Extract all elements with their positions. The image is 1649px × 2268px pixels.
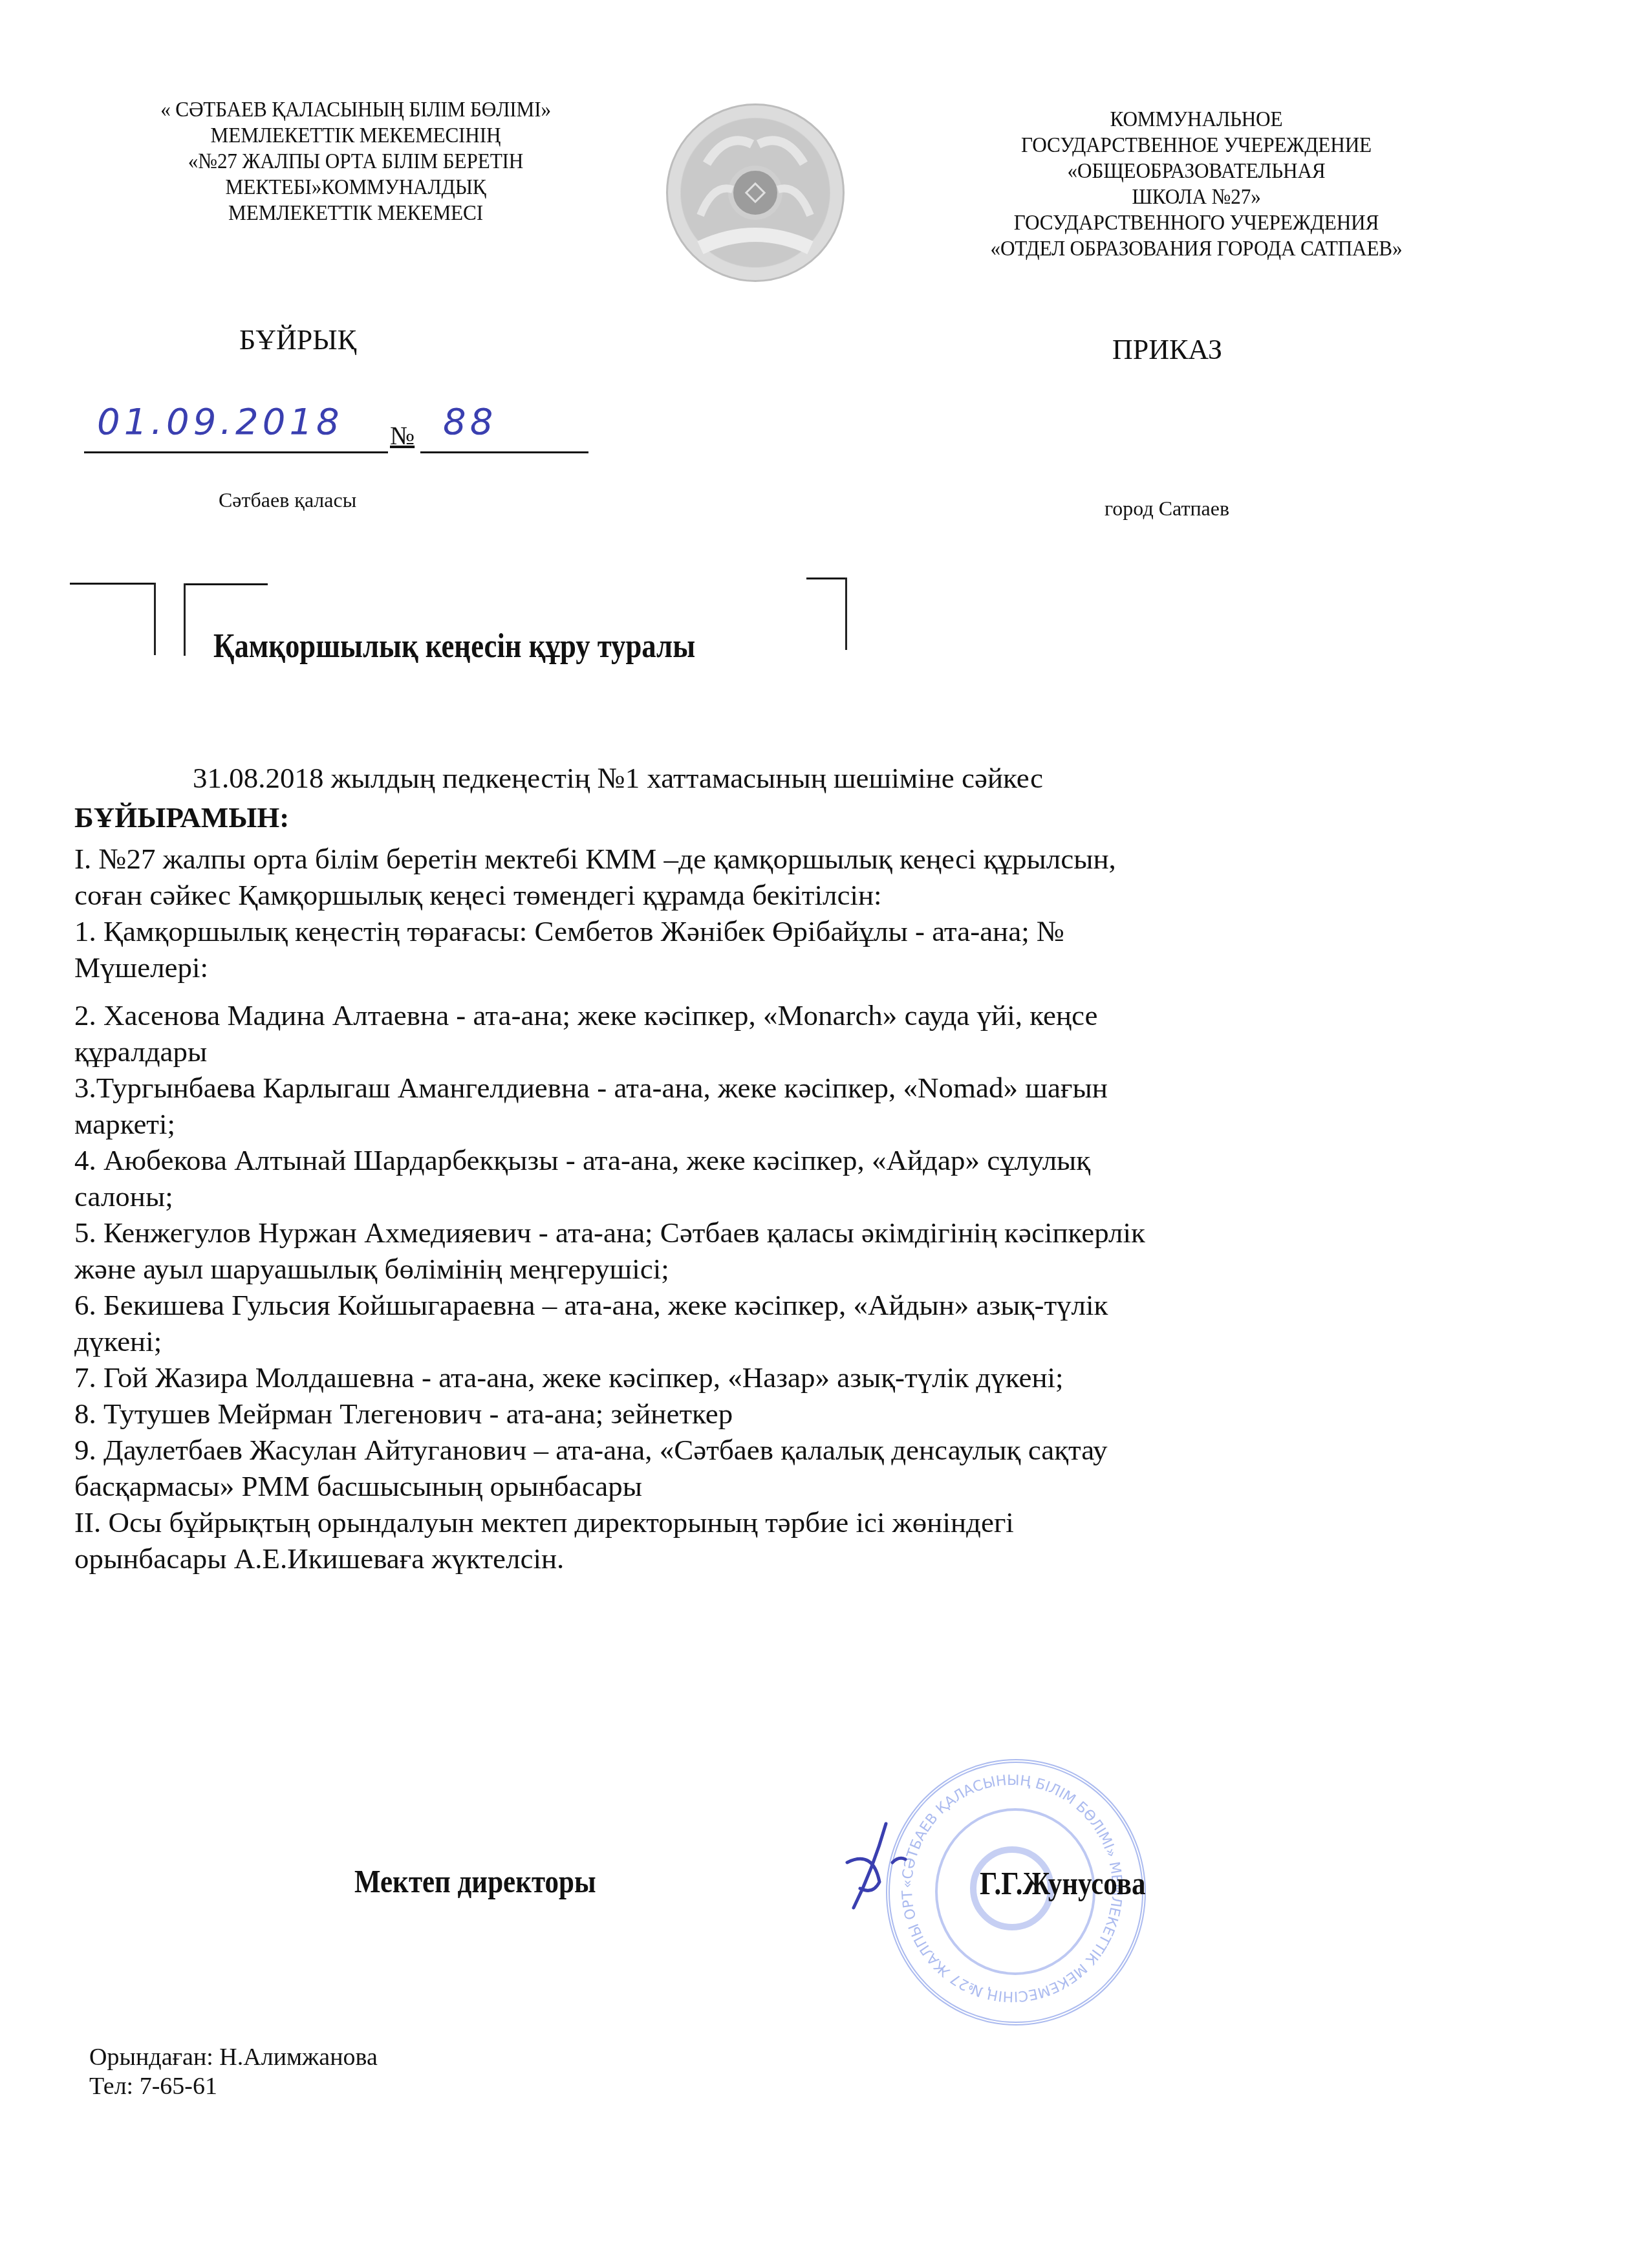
order-line: 5. Кенжегулов Нуржан Ахмедияевич - ата-а… [74, 1215, 1575, 1251]
handwritten-number: 88 [443, 401, 497, 443]
bracket-vert-left-2 [184, 583, 186, 656]
order-line: II. Осы бұйрықтың орындалуын мектеп дире… [74, 1504, 1575, 1540]
executor: Орындаған: Н.Алимжанова [89, 2042, 378, 2072]
order-line: 8. Тутушев Мейрман Тлегенович - ата-ана;… [74, 1396, 1575, 1432]
doc-type-russian: ПРИКАЗ [1112, 333, 1222, 366]
order-line: 6. Бекишева Гульсия Койшыгараевна – ата-… [74, 1287, 1575, 1323]
header-right-line: КОММУНАЛЬНОЕ [899, 107, 1494, 133]
header-right-line: ШКОЛА №27» [899, 184, 1494, 210]
signatory-position: Мектеп директоры [354, 1863, 596, 1900]
header-right-line: «ОБЩЕОБРАЗОВАТЕЛЬНАЯ [899, 158, 1494, 184]
header-right-line: ГОСУДАРСТВЕННОГО УЧЕРЕЖДЕНИЯ [899, 210, 1494, 236]
state-emblem-icon [666, 103, 845, 282]
order-word: БҰЙЫРАМЫН: [74, 799, 289, 836]
bracket-vert-right [845, 578, 847, 650]
order-line: I. №27 жалпы орта білім беретін мектебі … [74, 841, 1575, 877]
bracket-top-left-2 [184, 583, 268, 585]
city-kazakh: Сәтбаев қаласы [219, 488, 356, 512]
document-title: Қамқоршылық кеңесін құру туралы [213, 627, 695, 665]
handwritten-date: 01.09.2018 [97, 401, 343, 443]
handwritten-signature-icon [834, 1817, 931, 1914]
bracket-top-left-1 [70, 583, 154, 585]
header-right-line: «ОТДЕЛ ОБРАЗОВАНИЯ ГОРОДА САТПАЕВ» [899, 236, 1494, 262]
order-line: 1. Қамқоршылық кеңестің төрағасы: Сембет… [74, 913, 1575, 949]
order-line: 3.Тургынбаева Карлыгаш Амангелдиевна - а… [74, 1070, 1575, 1106]
header-left-line: «№27 ЖАЛПЫ ОРТА БІЛІМ БЕРЕТІН [82, 149, 629, 175]
header-left-line: « СӘТБАЕВ ҚАЛАСЫНЫҢ БІЛІМ БӨЛІМІ» [82, 97, 629, 123]
bracket-vert-left-1 [154, 583, 156, 655]
header-right-line: ГОСУДАРСТВЕННОЕ УЧЕРЕЖДЕНИЕ [899, 133, 1494, 158]
number-sign: № [390, 420, 415, 451]
order-line: орынбасары А.Е.Икишеваға жүктелсін. [74, 1540, 1575, 1577]
order-line: соған сәйкес Қамқоршылық кеңесі төмендег… [74, 877, 1575, 913]
order-line: 9. Даулетбаев Жасулан Айтуганович – ата-… [74, 1432, 1575, 1468]
number-underline [420, 451, 588, 453]
header-right-org: КОММУНАЛЬНОЕ ГОСУДАРСТВЕННОЕ УЧЕРЕЖДЕНИЕ… [899, 107, 1494, 262]
order-line: 7. Гой Жазира Молдашевна - ата-ана, жеке… [74, 1359, 1575, 1396]
order-line: 2. Хасенова Мадина Алтаевна - ата-ана; ж… [74, 997, 1575, 1033]
order-line: 4. Аюбекова Алтынай Шардарбекқызы - ата-… [74, 1142, 1575, 1178]
preamble: 31.08.2018 жылдың педкеңестің №1 хаттама… [193, 760, 1043, 796]
date-underline [84, 451, 388, 453]
order-line: салоны; [74, 1178, 1575, 1215]
order-line: құралдары [74, 1033, 1575, 1070]
signatory-name: Г.Г.Жунусова [980, 1864, 1145, 1902]
order-line: маркеті; [74, 1106, 1575, 1142]
order-line: дүкені; [74, 1323, 1575, 1359]
order-line: басқармасы» РММ басшысының орынбасары [74, 1468, 1575, 1504]
header-left-org: « СӘТБАЕВ ҚАЛАСЫНЫҢ БІЛІМ БӨЛІМІ» МЕМЛЕК… [82, 97, 629, 226]
city-russian: город Сатпаев [1105, 497, 1229, 521]
phone: Тел: 7-65-61 [89, 2071, 217, 2101]
order-line: және ауыл шаруашылық бөлімінің меңгеруші… [74, 1251, 1575, 1287]
order-body: I. №27 жалпы орта білім беретін мектебі … [74, 841, 1575, 1577]
doc-type-kazakh: БҰЙРЫҚ [239, 323, 356, 356]
header-left-line: МЕМЛЕКЕТТІК МЕКЕМЕСІНІҢ [82, 123, 629, 149]
order-line: Мүшелері: [74, 949, 1575, 986]
header-left-line: МЕКТЕБІ»КОММУНАЛДЫҚ [82, 175, 629, 200]
bracket-top-right [806, 578, 845, 579]
header-left-line: МЕМЛЕКЕТТІК МЕКЕМЕСІ [82, 200, 629, 226]
